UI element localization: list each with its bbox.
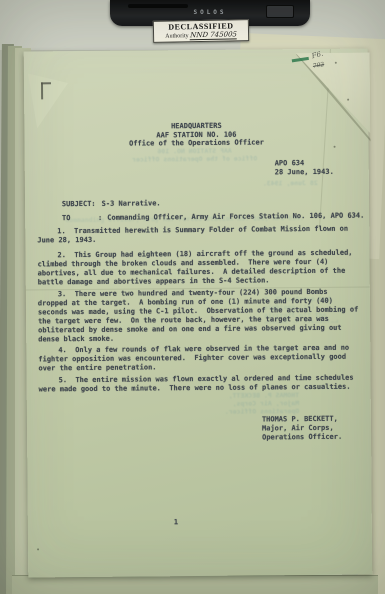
declassified-stamp: DECLASSIFIED Authority NND 745005 <box>153 19 249 43</box>
bleedthrough-text: AAF STATION NO. 106 Office of the Operat… <box>85 146 305 164</box>
date-line: 28 June, 1943. <box>275 167 334 176</box>
staple-mark <box>41 82 51 84</box>
signature-title: Operations Officer. <box>262 433 342 443</box>
letterhead: HEADQUARTERS AAF STATION NO. 106 Office … <box>24 121 368 150</box>
paper-speck <box>334 146 336 148</box>
authority-number: NND 745005 <box>190 30 238 40</box>
paper-speck <box>60 303 62 305</box>
to-value: Commanding Officer, Army Air Forces Stat… <box>107 212 364 222</box>
bleedthrough-line: Office of the Operations Officer <box>85 154 305 164</box>
paragraph-1: 1. Transmitted herewith is Summary Folde… <box>37 225 359 246</box>
to-colon: : <box>98 214 102 222</box>
signature-block: THOMAS P. BECKETT, Major, Air Corps, Ope… <box>262 415 342 443</box>
bleedthrough-line: Major, Air Corps, <box>225 399 299 408</box>
staple-mark <box>41 82 43 99</box>
paragraph-4: 4. Only a few rounds of flak were observ… <box>38 344 360 374</box>
declassified-stamp-authority: Authority NND 745005 <box>154 30 248 41</box>
device-brand-label: SOLOS <box>110 9 310 16</box>
paper-speck <box>347 99 349 101</box>
apo-date-block: APO 634 28 June, 1943. <box>275 159 334 177</box>
document-page: F6. 702 AAF STATION NO. 106 Office of th… <box>24 49 373 578</box>
bleedthrough-text: THOMAS P. BECKETT, Major, Air Corps, Ope… <box>225 391 300 416</box>
page-number: 1 <box>174 518 178 526</box>
paragraph-2: 2. This Group had eighteen (18) aircraft… <box>37 249 359 288</box>
paper-speck <box>335 62 337 64</box>
authority-label: Authority <box>165 33 188 39</box>
device-slot <box>128 4 188 8</box>
paragraph-5: 5. The entire mission was flown exactly … <box>39 374 361 395</box>
paragraph-3: 3. There were two hundred and twenty-fou… <box>38 288 360 345</box>
bleedthrough-text: 28 June, 1943. <box>263 179 318 187</box>
paper-speck <box>37 548 39 550</box>
paper-stack-bottom-edge <box>12 575 378 594</box>
letterhead-line-3: Office of the Operations Officer <box>24 138 368 150</box>
to-label: TO <box>62 214 98 222</box>
